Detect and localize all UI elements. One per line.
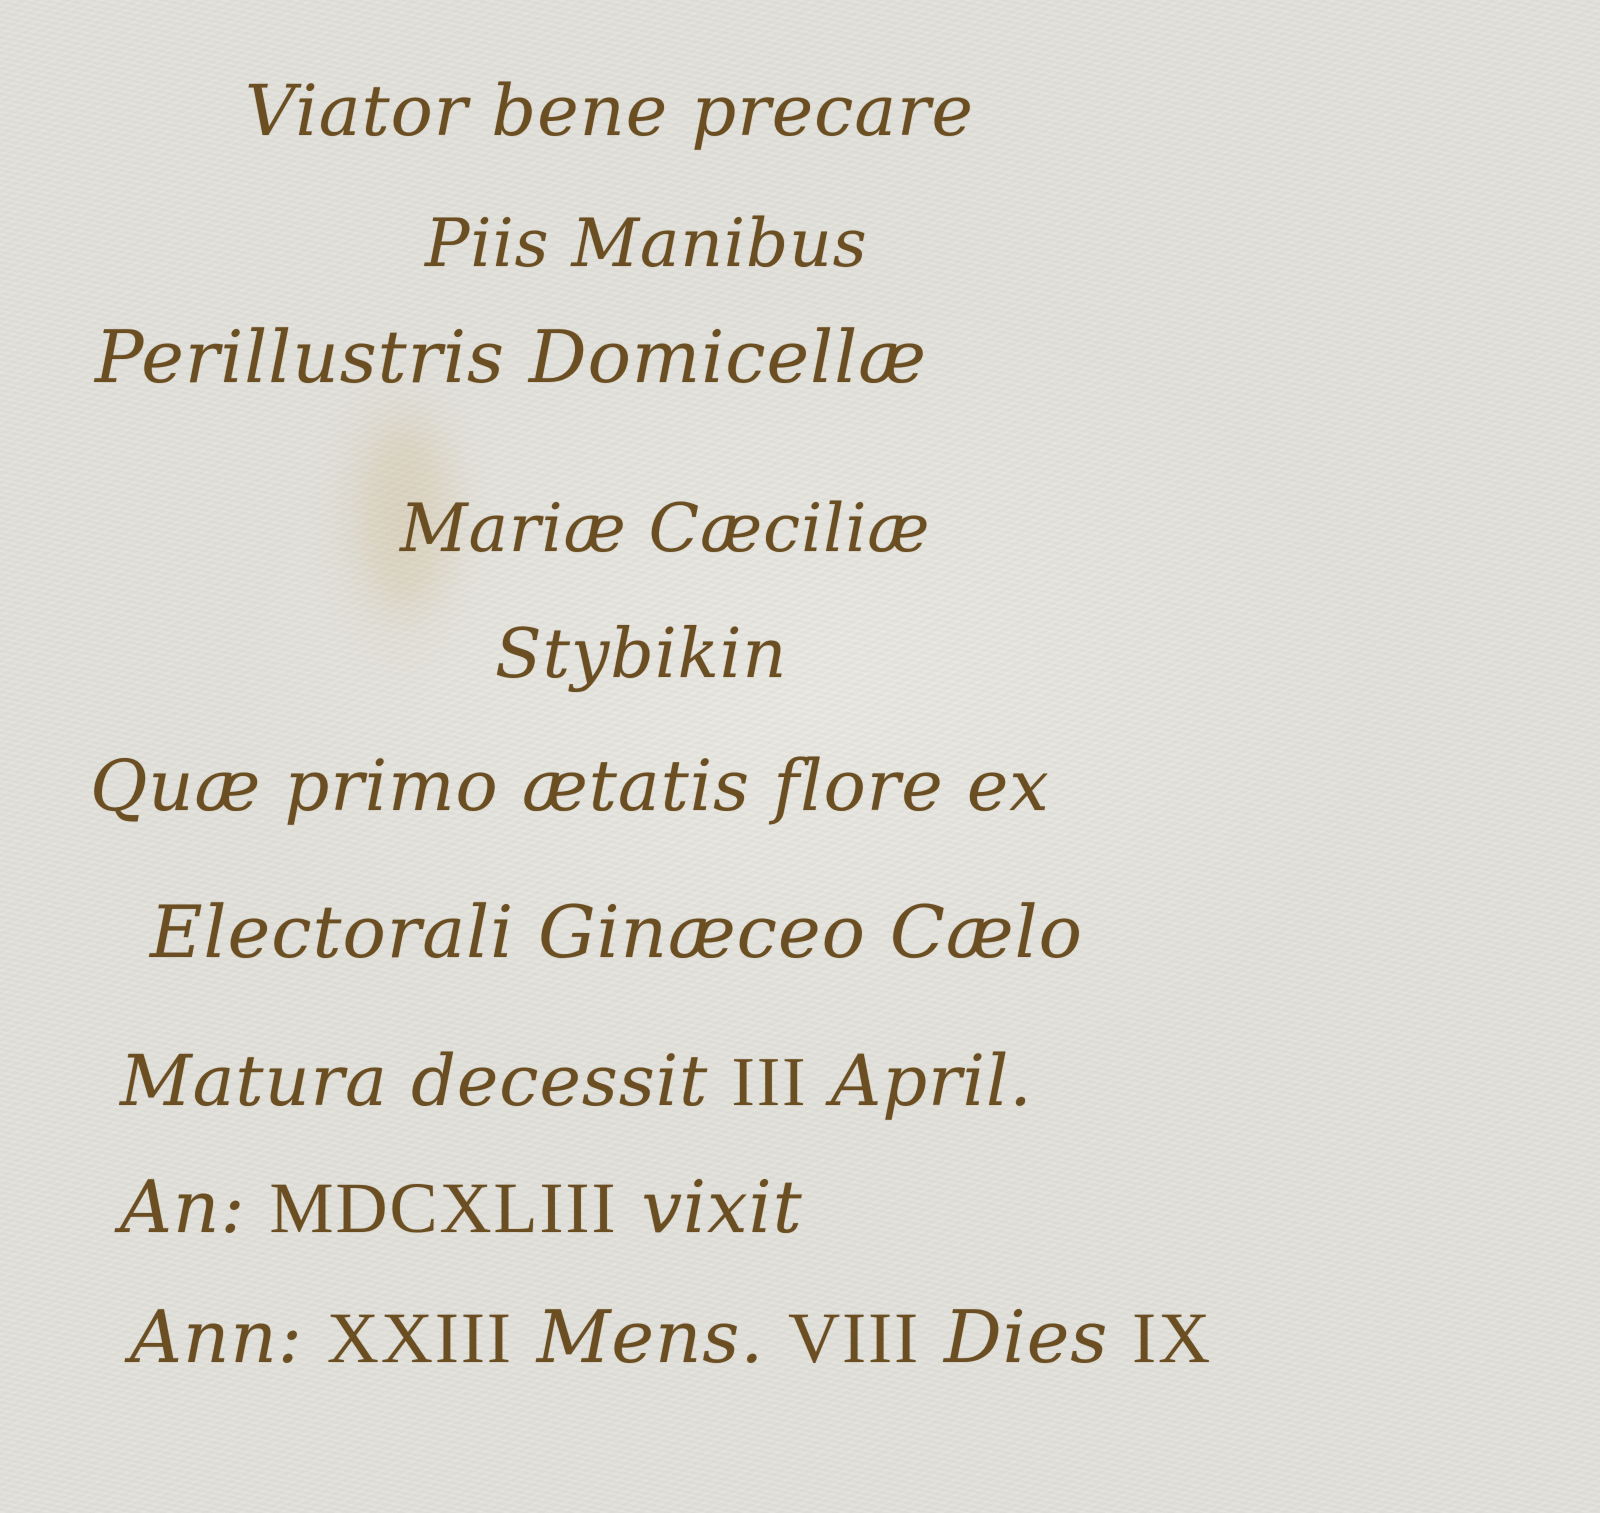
line-10-ann: Ann: xyxy=(130,1295,327,1379)
epitaph-line-4: Mariæ Cæciliæ xyxy=(400,490,930,567)
epitaph-line-8: Matura decessit III April. xyxy=(120,1040,1033,1123)
days-numeral: IX xyxy=(1132,1298,1212,1378)
day-numeral: III xyxy=(732,1044,808,1121)
epitaph-line-3: Perillustris Domicellæ xyxy=(95,315,927,399)
line-10-dies: Dies xyxy=(920,1295,1132,1379)
epitaph-line-1: Viator bene precare xyxy=(245,70,974,152)
epitaph-line-7: Electorali Ginæceo Cælo xyxy=(150,890,1083,974)
months-numeral: VIII xyxy=(788,1298,920,1378)
epitaph-line-5: Stybikin xyxy=(495,615,787,694)
line-9-vixit: vixit xyxy=(617,1165,802,1249)
epitaph-line-10: Ann: XXIII Mens. VIII Dies IX xyxy=(130,1295,1212,1380)
year-numeral: MDCXLIII xyxy=(270,1168,618,1248)
line-8-text: Matura decessit xyxy=(120,1040,732,1122)
line-9-text: An: xyxy=(120,1165,270,1249)
line-10-mens: Mens. xyxy=(513,1295,788,1379)
epitaph-line-6: Quæ primo ætatis flore ex xyxy=(90,745,1050,827)
years-numeral: XXIII xyxy=(327,1298,513,1378)
line-8-month: April. xyxy=(807,1040,1032,1122)
epitaph-line-2: Piis Manibus xyxy=(425,205,868,282)
epitaph-line-9: An: MDCXLIII vixit xyxy=(120,1165,803,1250)
manuscript-page: Viator bene precare Piis Manibus Perillu… xyxy=(0,0,1600,1513)
